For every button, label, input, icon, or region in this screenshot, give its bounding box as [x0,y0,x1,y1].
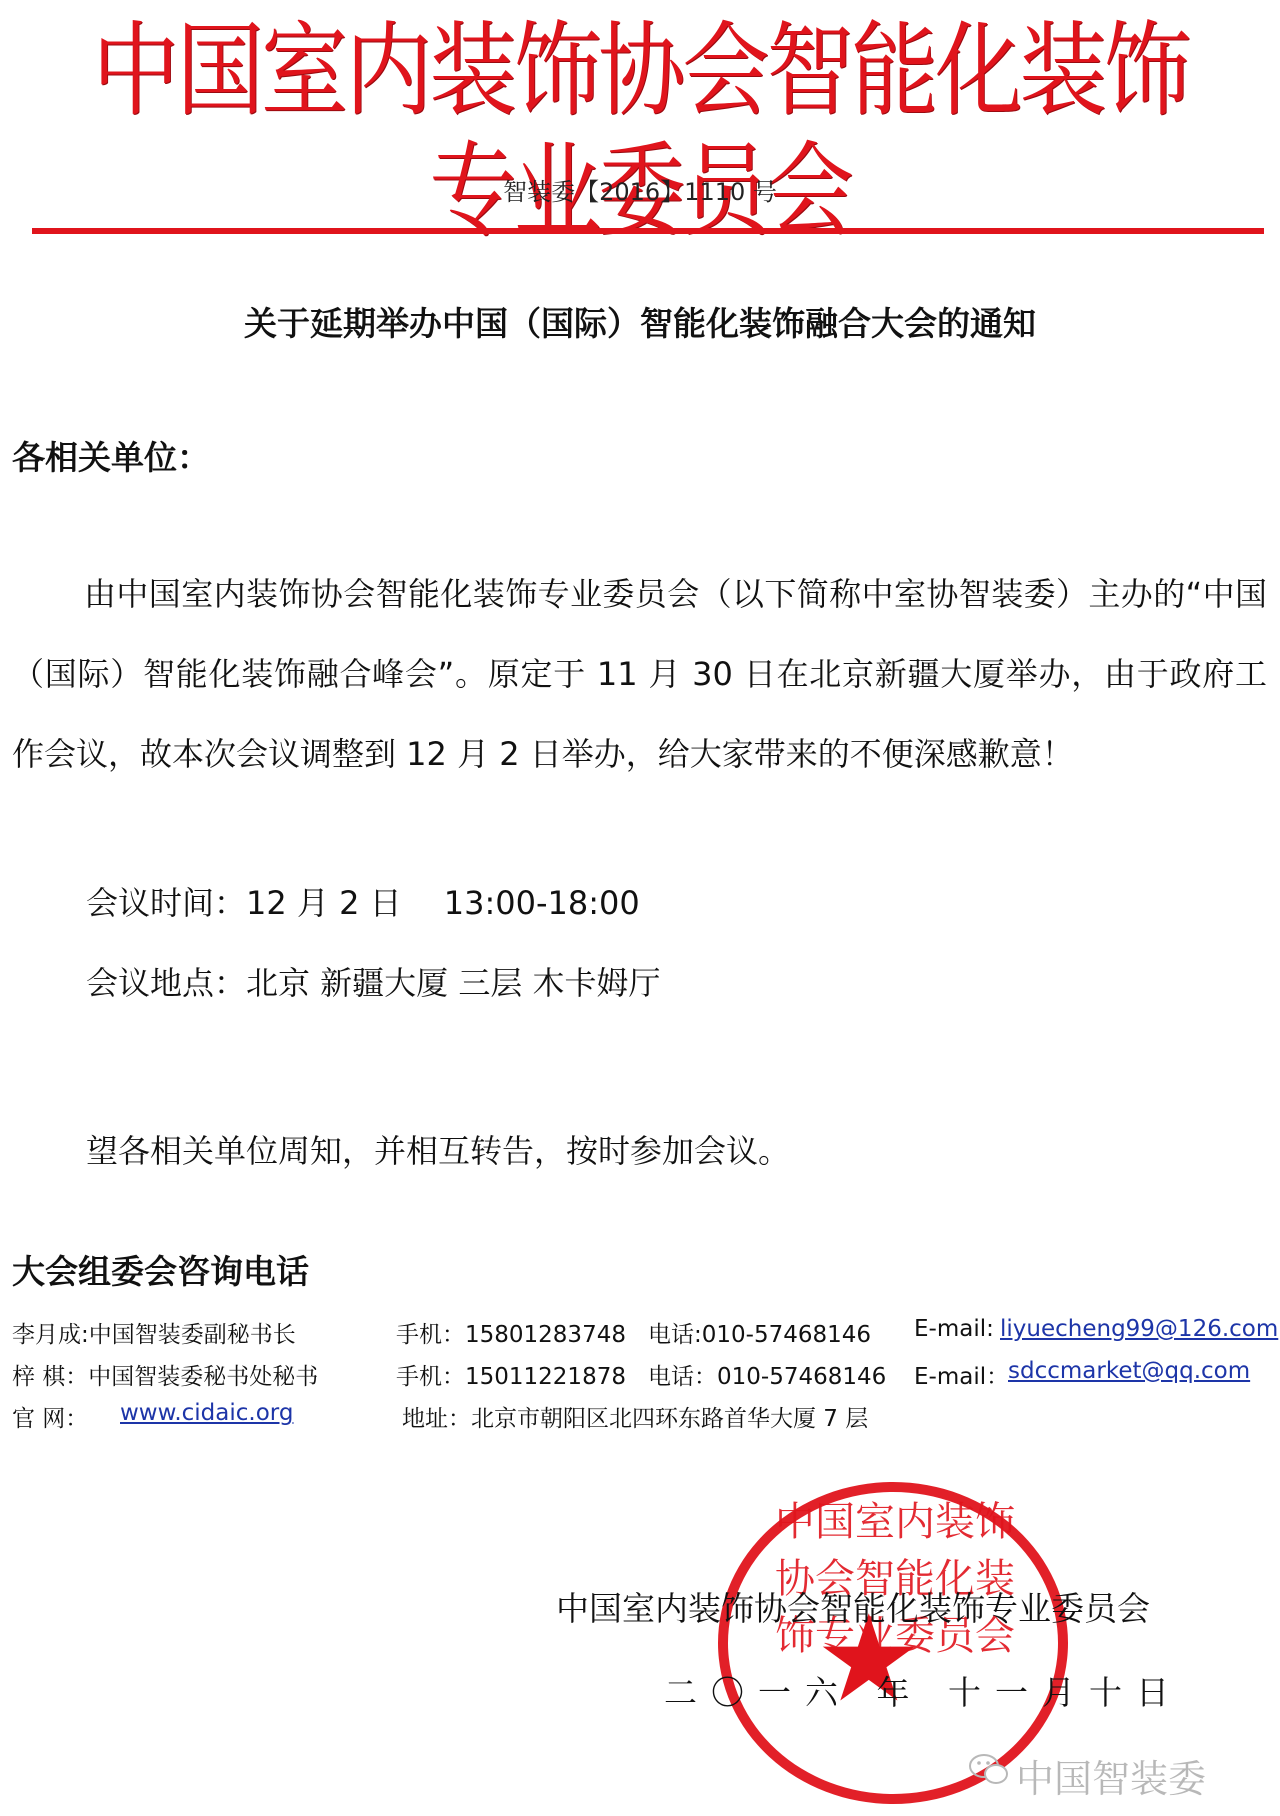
header-divider [32,228,1264,234]
meeting-time: 会议时间：12 月 2 日 13:00-18:00 [86,878,640,924]
meeting-place: 会议地点：北京 新疆大厦 三层 木卡姆厅 [86,958,661,1004]
contact-row: 梓 棋：中国智装委秘书处秘书 手机：15011221878 电话：010-574… [12,1358,1272,1388]
closing-line: 望各相关单位周知，并相互转告，按时参加会议。 [86,1126,790,1172]
contact-phone: 电话：010-57468146 [648,1358,886,1391]
email-link[interactable]: liyuecheng99@126.com [1000,1316,1278,1342]
contact-phone: 电话:010-57468146 [648,1316,871,1349]
contacts-heading: 大会组委会咨询电话 [12,1246,309,1293]
contact-name: 李月成:中国智装委副秘书长 [12,1316,296,1349]
website-address-row: 官 网： www.cidaic.org 地址：北京市朝阳区北四环东路首华大厦 7… [12,1400,1272,1430]
watermark-text: 中国智装委 [1016,1748,1206,1803]
email-link[interactable]: sdccmarket@qq.com [1008,1358,1250,1384]
salutation: 各相关单位： [12,432,210,479]
document-number: 智装委【2016】1110 号 [0,172,1280,207]
signature-date: 二〇一六 年 十一月十日 [664,1667,1183,1714]
email-label: E-mail: [914,1316,994,1342]
contact-name: 梓 棋：中国智装委秘书处秘书 [12,1358,318,1391]
contact-row: 李月成:中国智装委副秘书长 手机：15801283748 电话:010-5746… [12,1316,1272,1346]
notice-title: 关于延期举办中国（国际）智能化装饰融合大会的通知 [0,298,1280,345]
masthead-title: 中国室内装饰协会智能化装饰专业委员会 [90,12,1191,252]
contact-mobile: 手机：15011221878 [396,1358,626,1391]
email-label: E-mail： [914,1358,1009,1391]
website-label: 官 网： [12,1400,88,1433]
contact-mobile: 手机：15801283748 [396,1316,626,1349]
website-link[interactable]: www.cidaic.org [120,1400,293,1426]
address: 地址：北京市朝阳区北四环东路首华大厦 7 层 [402,1400,868,1433]
signature-organization: 中国室内装饰协会智能化装饰专业委员会 [556,1583,1150,1630]
wechat-icon [968,1752,1010,1788]
notice-body: 由中国室内装饰协会智能化装饰专业委员会（以下简称中室协智装委）主办的“中国（国际… [12,554,1267,794]
